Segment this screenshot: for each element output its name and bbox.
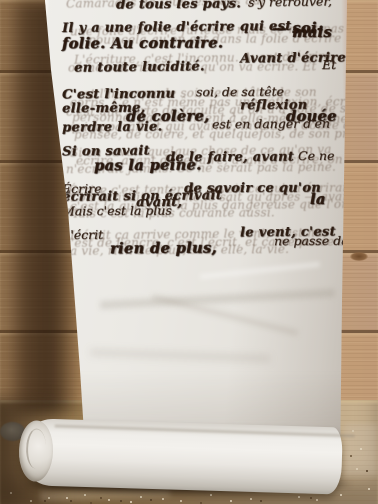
- roll-paper-edge: [55, 424, 355, 437]
- handwriting-line-dark: soi, de sa tête: [196, 86, 284, 99]
- handwriting-line-dark: pas la peine.: [94, 159, 202, 174]
- handwriting-line-dark: folie. Au contraire.: [62, 37, 223, 52]
- handwriting-line-dark: Et: [322, 59, 336, 72]
- dust-patch: [344, 424, 378, 476]
- handwriting-line-dark: Mais c'est la plus: [62, 205, 172, 218]
- photo-paper-scroll-on-wood: Camarades de tous les pays qui une folie…: [0, 0, 378, 504]
- handwriting-line-dark: C'est l'inconnu: [62, 88, 175, 102]
- handwriting-line-dark: Ce ne: [298, 150, 334, 163]
- handwriting-line-dark: la: [310, 193, 326, 208]
- wood-knot: [350, 252, 368, 261]
- handwriting-line-dark: perdre la vie.: [62, 121, 162, 135]
- handwriting-line-dark: rien de plus,: [110, 242, 217, 257]
- handwriting-line-dark: Il y a une folie d'écrire qui est: [62, 20, 292, 35]
- handwriting-line-dark: de tous les pays.: [116, 0, 241, 12]
- handwriting-line-dark: est en danger d'en: [212, 118, 330, 131]
- handwriting-line-dark: en toute lucidité.: [74, 60, 205, 74]
- scroll-roll: [19, 418, 343, 495]
- handwriting-line-dark: mais: [292, 26, 332, 41]
- handwriting-line-dark: s'y retrouver,: [248, 0, 332, 9]
